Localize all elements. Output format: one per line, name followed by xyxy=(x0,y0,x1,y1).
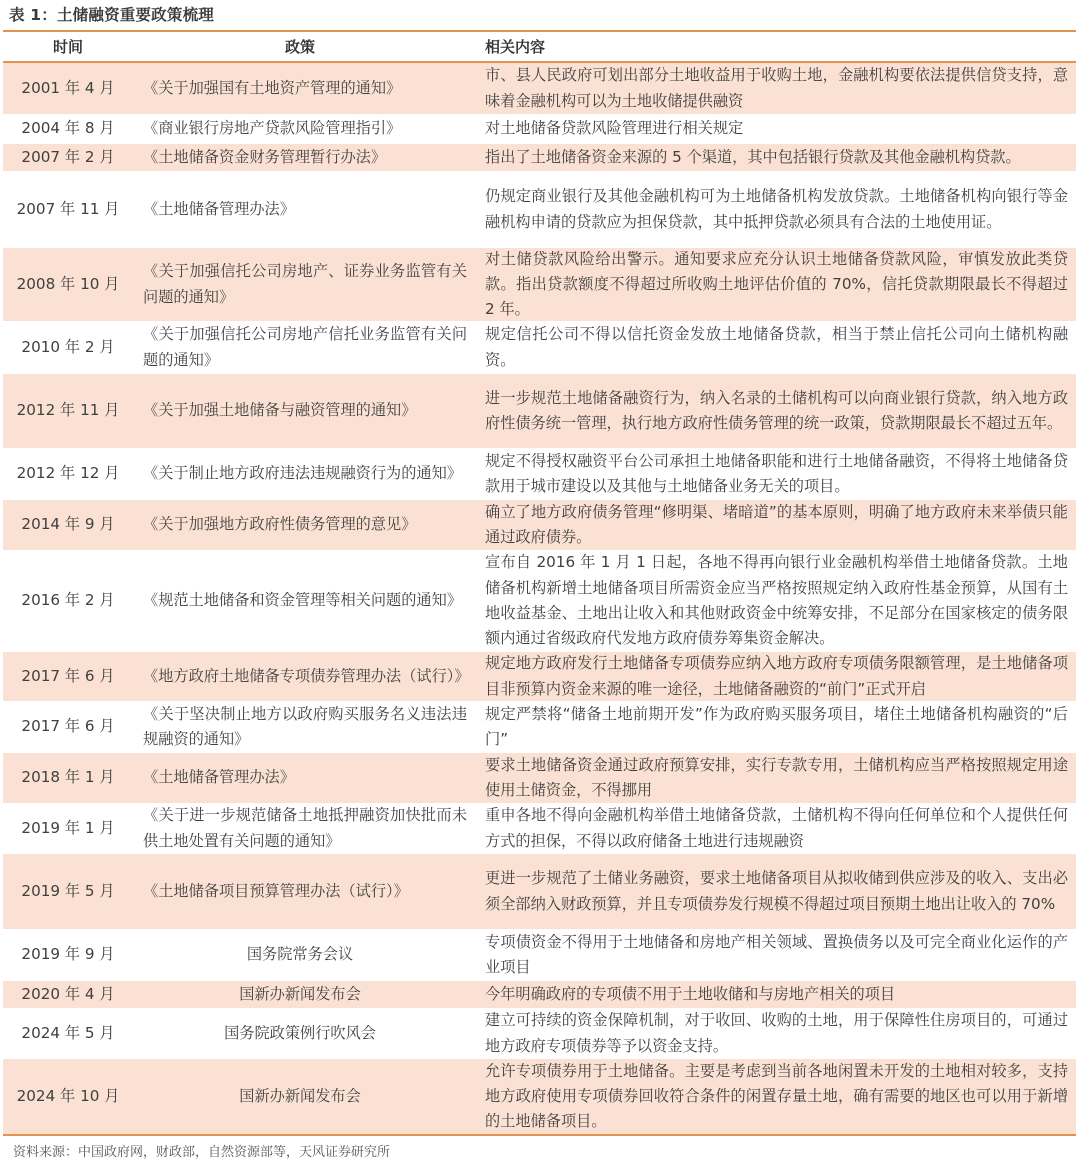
cell-content: 规定地方政府发行土地储备专项债券应纳入地方政府专项债务限额管理，是土地储备项目非… xyxy=(473,652,1076,701)
cell-content: 规定信托公司不得以信托资金发放土地储备贷款，相当于禁止信托公司向土储机构融资。 xyxy=(473,322,1076,373)
cell-time: 2012 年 11 月 xyxy=(3,374,133,448)
cell-time: 2017 年 6 月 xyxy=(3,702,133,752)
table-row: 2019 年 1 月 《关于进一步规范储备土地抵押融资加快批而未供土地处置有关问… xyxy=(3,803,1076,853)
cell-policy: 国务院政策例行吹风会 xyxy=(133,1009,473,1058)
cell-time: 2007 年 2 月 xyxy=(3,144,133,171)
cell-content: 更进一步规范了土储业务融资，要求土地储备项目从拟收储到供应涉及的收入、支出必须全… xyxy=(473,854,1076,929)
table-row: 2001 年 4 月 《关于加强国有土地资产管理的通知》 市、县人民政府可划出部… xyxy=(3,63,1076,114)
table-row: 2024 年 5 月 国务院政策例行吹风会 建立可持续的资金保障机制，对于收回、… xyxy=(3,1008,1076,1058)
table-row: 2016 年 2 月 《规范土地储备和资金管理等相关问题的通知》 宣布自 201… xyxy=(3,550,1076,651)
cell-policy: 国新办新闻发布会 xyxy=(133,1059,473,1134)
cell-time: 2019 年 9 月 xyxy=(3,930,133,980)
table-row: 2004 年 8 月 《商业银行房地产贷款风险管理指引》 对土地储备贷款风险管理… xyxy=(3,114,1076,143)
cell-time: 2008 年 10 月 xyxy=(3,248,133,321)
cell-content: 宣布自 2016 年 1 月 1 日起，各地不得再向银行业金融机构举借土地储备贷… xyxy=(473,551,1076,651)
table-row: 2019 年 5 月 《土地储备项目预算管理办法（试行）》 更进一步规范了土储业… xyxy=(3,853,1076,929)
cell-time: 2019 年 5 月 xyxy=(3,854,133,929)
cell-content: 今年明确政府的专项债不用于土地收储和与房地产相关的项目 xyxy=(473,981,1076,1008)
cell-content: 确立了地方政府债务管理“修明渠、堵暗道”的基本原则，明确了地方政府未来举债只能通… xyxy=(473,500,1076,550)
cell-time: 2014 年 9 月 xyxy=(3,500,133,550)
cell-policy: 《关于坚决制止地方以政府购买服务名义违法违规融资的通知》 xyxy=(133,702,473,752)
cell-content: 市、县人民政府可划出部分土地收益用于收购土地，金融机构要依法提供信贷支持，意味着… xyxy=(473,63,1076,114)
cell-policy: 《土地储备管理办法》 xyxy=(133,172,473,247)
cell-time: 2024 年 10 月 xyxy=(3,1059,133,1134)
cell-policy: 《关于进一步规范储备土地抵押融资加快批而未供土地处置有关问题的通知》 xyxy=(133,804,473,853)
table-row: 2007 年 11 月 《土地储备管理办法》 仍规定商业银行及其他金融机构可为土… xyxy=(3,171,1076,247)
cell-content: 进一步规范土地储备融资行为，纳入名录的土储机构可以向商业银行贷款，纳入地方政府性… xyxy=(473,374,1076,448)
cell-policy: 《关于加强信托公司房地产信托业务监管有关问题的通知》 xyxy=(133,322,473,373)
cell-policy: 《土地储备资金财务管理暂行办法》 xyxy=(133,144,473,171)
cell-content: 规定严禁将“储备土地前期开发”作为政府购买服务项目，堵住土地储备机构融资的“后门… xyxy=(473,702,1076,752)
cell-content: 建立可持续的资金保障机制，对于收回、收购的土地，用于保障性住房项目的，可通过地方… xyxy=(473,1009,1076,1058)
cell-content: 对土储贷款风险给出警示。通知要求应充分认识土地储备贷款风险，审慎发放此类贷款。指… xyxy=(473,248,1076,321)
cell-time: 2024 年 5 月 xyxy=(3,1009,133,1058)
cell-policy: 《土地储备项目预算管理办法（试行）》 xyxy=(133,854,473,929)
table-row: 2012 年 12 月 《关于制止地方政府违法违规融资行为的通知》 规定不得授权… xyxy=(3,448,1076,499)
table-row: 2017 年 6 月 《地方政府土地储备专项债券管理办法（试行）》 规定地方政府… xyxy=(3,651,1076,701)
policy-table: 时间 政策 相关内容 2001 年 4 月 《关于加强国有土地资产管理的通知》 … xyxy=(3,30,1076,1136)
cell-policy: 《关于加强信托公司房地产、证券业务监管有关问题的通知》 xyxy=(133,248,473,321)
table-row: 2008 年 10 月 《关于加强信托公司房地产、证券业务监管有关问题的通知》 … xyxy=(3,247,1076,321)
table-row: 2018 年 1 月 《土地储备管理办法》 要求土地储备资金通过政府预算安排，实… xyxy=(3,752,1076,803)
cell-content: 允许专项债券用于土地储备。主要是考虑到当前各地闲置未开发的土地相对较多，支持地方… xyxy=(473,1059,1076,1134)
cell-time: 2017 年 6 月 xyxy=(3,652,133,701)
cell-policy: 《土地储备管理办法》 xyxy=(133,753,473,803)
source-note: 资料来源：中国政府网，财政部，自然资源部等，天风证券研究所 xyxy=(13,1142,390,1164)
cell-time: 2004 年 8 月 xyxy=(3,115,133,143)
cell-policy: 《关于加强地方政府性债务管理的意见》 xyxy=(133,500,473,550)
cell-time: 2018 年 1 月 xyxy=(3,753,133,803)
cell-policy: 《规范土地储备和资金管理等相关问题的通知》 xyxy=(133,551,473,651)
cell-content: 对土地储备贷款风险管理进行相关规定 xyxy=(473,115,1076,143)
table-header-row: 时间 政策 相关内容 xyxy=(3,32,1076,63)
header-time: 时间 xyxy=(3,32,133,61)
cell-policy: 《地方政府土地储备专项债券管理办法（试行）》 xyxy=(133,652,473,701)
cell-time: 2012 年 12 月 xyxy=(3,449,133,499)
cell-time: 2001 年 4 月 xyxy=(3,63,133,114)
table-row: 2007 年 2 月 《土地储备资金财务管理暂行办法》 指出了土地储备资金来源的… xyxy=(3,143,1076,171)
table-row: 2014 年 9 月 《关于加强地方政府性债务管理的意见》 确立了地方政府债务管… xyxy=(3,499,1076,550)
cell-content: 专项债资金不得用于土地储备和房地产相关领域、置换债务以及可完全商业化运作的产业项… xyxy=(473,930,1076,980)
cell-time: 2016 年 2 月 xyxy=(3,551,133,651)
cell-content: 要求土地储备资金通过政府预算安排，实行专款专用，土储机构应当严格按照规定用途使用… xyxy=(473,753,1076,803)
table-row: 2020 年 4 月 国新办新闻发布会 今年明确政府的专项债不用于土地收储和与房… xyxy=(3,980,1076,1008)
cell-policy: 《关于加强国有土地资产管理的通知》 xyxy=(133,63,473,114)
cell-time: 2020 年 4 月 xyxy=(3,981,133,1008)
cell-policy: 《关于制止地方政府违法违规融资行为的通知》 xyxy=(133,449,473,499)
cell-content: 仍规定商业银行及其他金融机构可为土地储备机构发放贷款。土地储备机构向银行等金融机… xyxy=(473,172,1076,247)
table-row: 2017 年 6 月 《关于坚决制止地方以政府购买服务名义违法违规融资的通知》 … xyxy=(3,701,1076,752)
table-row: 2010 年 2 月 《关于加强信托公司房地产信托业务监管有关问题的通知》 规定… xyxy=(3,321,1076,373)
cell-policy: 《商业银行房地产贷款风险管理指引》 xyxy=(133,115,473,143)
cell-policy: 《关于加强土地储备与融资管理的通知》 xyxy=(133,374,473,448)
cell-policy: 国新办新闻发布会 xyxy=(133,981,473,1008)
header-policy: 政策 xyxy=(133,32,473,61)
cell-content: 重申各地不得向金融机构举借土地储备贷款，土储机构不得向任何单位和个人提供任何方式… xyxy=(473,804,1076,853)
cell-time: 2010 年 2 月 xyxy=(3,322,133,373)
header-content: 相关内容 xyxy=(473,32,1076,61)
cell-policy: 国务院常务会议 xyxy=(133,930,473,980)
table-row: 2024 年 10 月 国新办新闻发布会 允许专项债券用于土地储备。主要是考虑到… xyxy=(3,1058,1076,1134)
cell-time: 2019 年 1 月 xyxy=(3,804,133,853)
table-row: 2012 年 11 月 《关于加强土地储备与融资管理的通知》 进一步规范土地储备… xyxy=(3,373,1076,448)
table-caption: 表 1：土储融资重要政策梳理 xyxy=(9,3,214,27)
table-row: 2019 年 9 月 国务院常务会议 专项债资金不得用于土地储备和房地产相关领域… xyxy=(3,929,1076,980)
cell-time: 2007 年 11 月 xyxy=(3,172,133,247)
cell-content: 规定不得授权融资平台公司承担土地储备职能和进行土地储备融资，不得将土地储备贷款用… xyxy=(473,449,1076,499)
cell-content: 指出了土地储备资金来源的 5 个渠道，其中包括银行贷款及其他金融机构贷款。 xyxy=(473,144,1076,171)
